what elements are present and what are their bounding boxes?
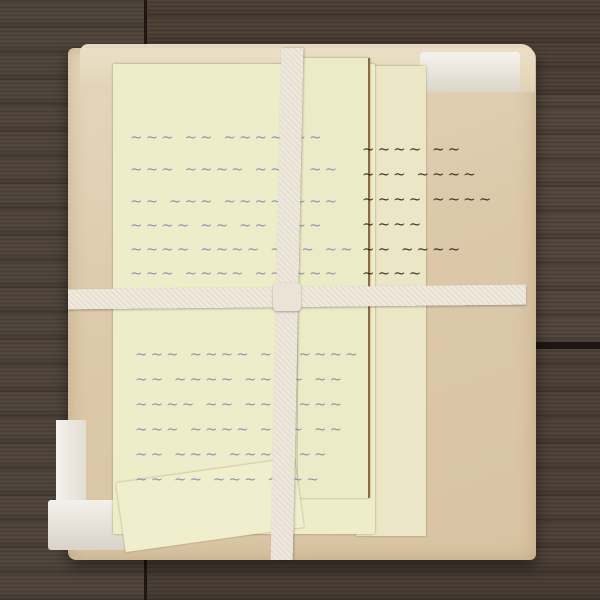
wood-plank-bottom [146,560,600,600]
handwriting-line-dark: ~~~ ~~~~ [362,165,479,183]
plank-seam-horizontal [530,342,600,349]
handwriting-line: ~~ ~~~ ~~~~ ~~~ [130,192,340,210]
torn-paper-left-edge [56,420,86,510]
handwriting-line: ~~ ~~~~ ~~~~ ~~ [135,370,345,388]
handwriting-line: ~~~ ~~~~ ~~ ~~~ [130,264,340,282]
handwriting-line: ~~~ ~~~~ ~~ ~~~~ [135,345,361,363]
handwriting-line: ~~~~ ~~~~ ~~~ ~~ [130,240,356,258]
handwriting-line-dark: ~~~~ [362,215,424,233]
handwriting-line: ~~~ ~~~~ ~~~ ~~ [135,420,345,438]
torn-paper-top-right [420,52,520,92]
twine-crossing [273,283,301,311]
handwriting-line-dark: ~~~~ ~~~~ [362,190,494,208]
handwriting-line: ~~ ~~~ ~~~~ ~~ [135,445,330,463]
handwriting-line: ~~~~ ~~ ~~~ ~~~ [135,395,345,413]
handwriting-line-dark: ~~~~ ~~ [362,140,463,158]
handwriting-line-dark: ~~ ~~~~ [362,240,463,258]
wood-plank-right-upper [530,95,600,343]
handwriting-line: ~~~ ~~~~ ~~~ ~~ [130,160,340,178]
photo-scene: ~~~ ~~ ~~~~ ~~ ~~~ ~~~~ ~~~ ~~ ~~ ~~~ ~~… [0,0,600,600]
handwriting-line-dark: ~~~~ [362,264,424,282]
